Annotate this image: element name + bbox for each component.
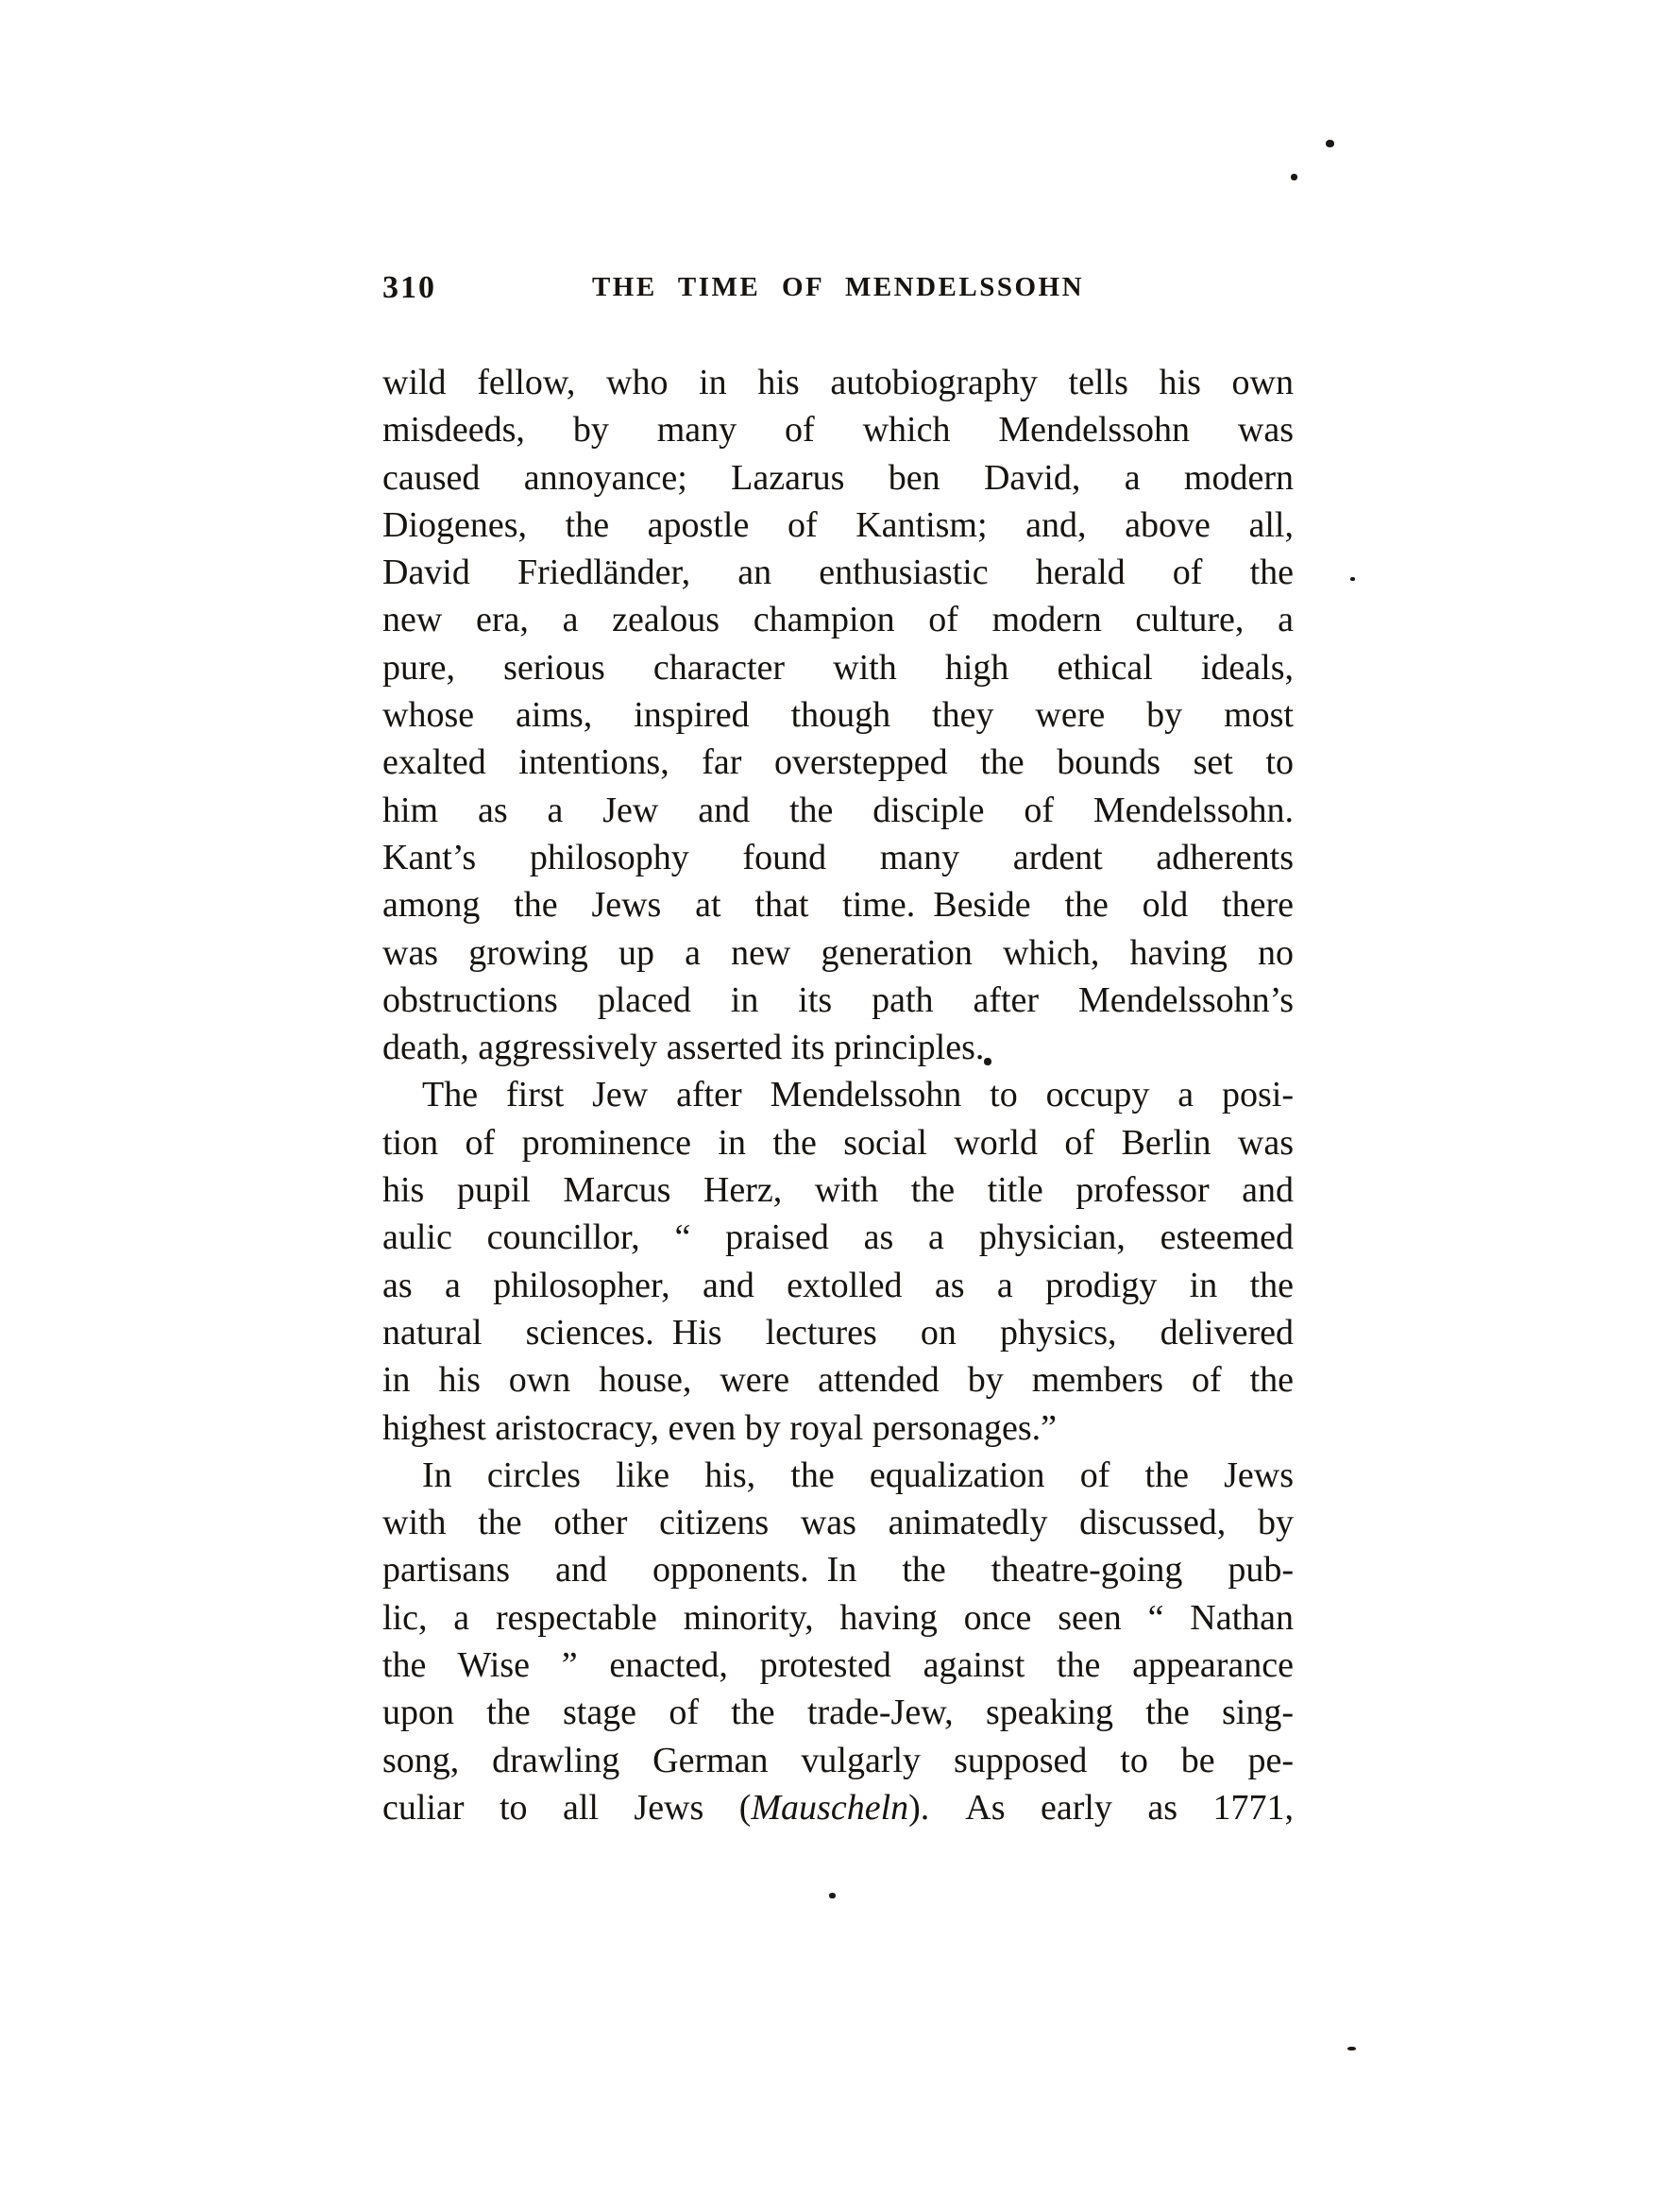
text-line: lic, a respectable minority, having once… <box>382 1594 1294 1642</box>
scan-speck <box>1326 140 1334 147</box>
text-line: him as a Jew and the disciple of Mendels… <box>382 787 1294 834</box>
text-line: misdeeds, by many of which Mendelssohn w… <box>382 406 1294 453</box>
text-line-paragraph-end: highest aristocracy, even by royal perso… <box>382 1404 1294 1452</box>
text-line: tion of prominence in the social world o… <box>382 1119 1294 1166</box>
text-line-paragraph-start: In circles like his, the equalization of… <box>382 1452 1294 1499</box>
text-line: as a philosopher, and extolled as a prod… <box>382 1262 1294 1309</box>
text-line: caused annoyance; Lazarus ben David, a m… <box>382 454 1294 502</box>
body-text: wild fellow, who in his autobiography te… <box>382 359 1294 1831</box>
text-line: new era, a zealous champion of modern cu… <box>382 596 1294 643</box>
text-line: exalted intentions, far overstepped the … <box>382 739 1294 786</box>
text-line-with-italic: culiar to all Jews (Mauscheln). As early… <box>382 1784 1294 1831</box>
page-header: 310 THE TIME OF MENDELSSOHN <box>382 268 1294 310</box>
text-line: natural sciences. His lectures on physic… <box>382 1309 1294 1356</box>
text-line-paragraph-end: death, aggressively asserted its princip… <box>382 1024 1294 1071</box>
text-line: the Wise ” enacted, protested against th… <box>382 1642 1294 1689</box>
text-line: aulic councillor, “ praised as a physici… <box>382 1214 1294 1261</box>
book-page-scan: 310 THE TIME OF MENDELSSOHN wild fellow,… <box>0 0 1660 2212</box>
text-segment: culiar to all Jews ( <box>382 1788 751 1828</box>
running-title: THE TIME OF MENDELSSOHN <box>382 272 1294 303</box>
scan-speck <box>829 1893 836 1898</box>
text-segment: ). As early as 1771, <box>908 1788 1294 1828</box>
text-line: with the other citizens was animatedly d… <box>382 1499 1294 1546</box>
text-line-paragraph-start: The first Jew after Mendelssohn to occup… <box>382 1071 1294 1118</box>
text-line: obstructions placed in its path after Me… <box>382 977 1294 1024</box>
italic-term: Mauscheln <box>751 1788 908 1828</box>
text-line: David Friedländer, an enthusiastic heral… <box>382 549 1294 596</box>
text-line: his pupil Marcus Herz, with the title pr… <box>382 1166 1294 1214</box>
text-line: Kant’s philosophy found many ardent adhe… <box>382 834 1294 881</box>
text-line: in his own house, were attended by membe… <box>382 1356 1294 1404</box>
text-line: pure, serious character with high ethica… <box>382 644 1294 691</box>
text-line: among the Jews at that time. Beside the … <box>382 881 1294 928</box>
text-line: partisans and opponents. In the theatre-… <box>382 1546 1294 1593</box>
text-line: Diogenes, the apostle of Kantism; and, a… <box>382 502 1294 549</box>
scan-speck <box>1350 577 1355 581</box>
text-line: whose aims, inspired though they were by… <box>382 691 1294 739</box>
text-line: was growing up a new generation which, h… <box>382 929 1294 977</box>
text-line: wild fellow, who in his autobiography te… <box>382 359 1294 406</box>
text-line: song, drawling German vulgarly supposed … <box>382 1737 1294 1784</box>
scan-speck <box>1291 174 1297 180</box>
scan-speck <box>1347 2047 1356 2050</box>
text-line: upon the stage of the trade-Jew, speakin… <box>382 1689 1294 1736</box>
